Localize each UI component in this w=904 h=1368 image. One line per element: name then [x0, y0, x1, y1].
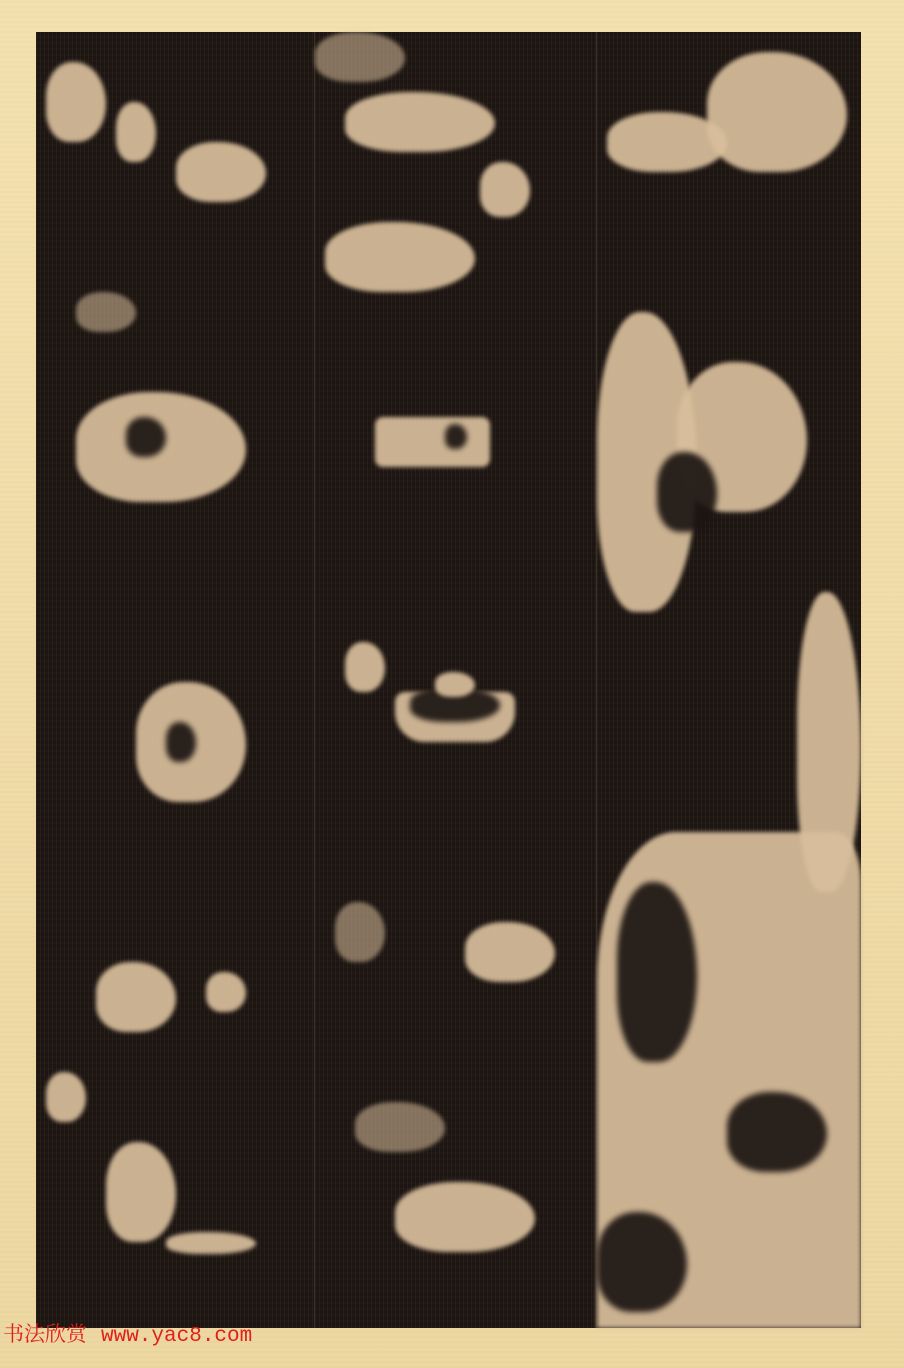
character-stroke — [176, 142, 266, 202]
character-stroke — [395, 1182, 535, 1252]
watermark-url: www.yac8.com — [101, 1325, 252, 1348]
character-stroke — [325, 222, 475, 292]
character-stroke — [345, 92, 495, 152]
character-stroke — [96, 962, 176, 1032]
character-gap — [597, 1212, 687, 1312]
character-stroke — [345, 642, 385, 692]
character-gap — [126, 417, 166, 457]
character-gap — [657, 452, 717, 532]
character-stroke — [206, 972, 246, 1012]
character-stroke — [435, 672, 475, 697]
character-gap — [727, 1092, 827, 1172]
rubbing-column-1 — [36, 32, 314, 1328]
character-stroke — [76, 292, 136, 332]
rubbing-column-3 — [596, 32, 861, 1328]
character-stroke — [315, 32, 405, 82]
site-watermark: 书法欣赏www.yac8.com — [3, 1318, 252, 1348]
character-stroke — [46, 62, 106, 142]
character-gap — [445, 424, 467, 449]
character-stroke — [355, 1102, 445, 1152]
character-stroke — [607, 112, 727, 172]
stele-rubbing — [36, 32, 860, 1328]
watermark-site-name: 书法欣赏 — [3, 1322, 87, 1346]
character-stroke — [465, 922, 555, 982]
character-stroke — [46, 1072, 86, 1122]
character-stroke — [106, 1142, 176, 1242]
character-gap — [166, 722, 196, 762]
character-stroke — [707, 52, 847, 172]
character-stroke — [375, 417, 490, 467]
character-stroke — [480, 162, 530, 217]
character-stroke — [116, 102, 156, 162]
character-stroke — [335, 902, 385, 962]
rubbing-column-2 — [314, 32, 597, 1328]
character-stroke — [166, 1232, 256, 1254]
